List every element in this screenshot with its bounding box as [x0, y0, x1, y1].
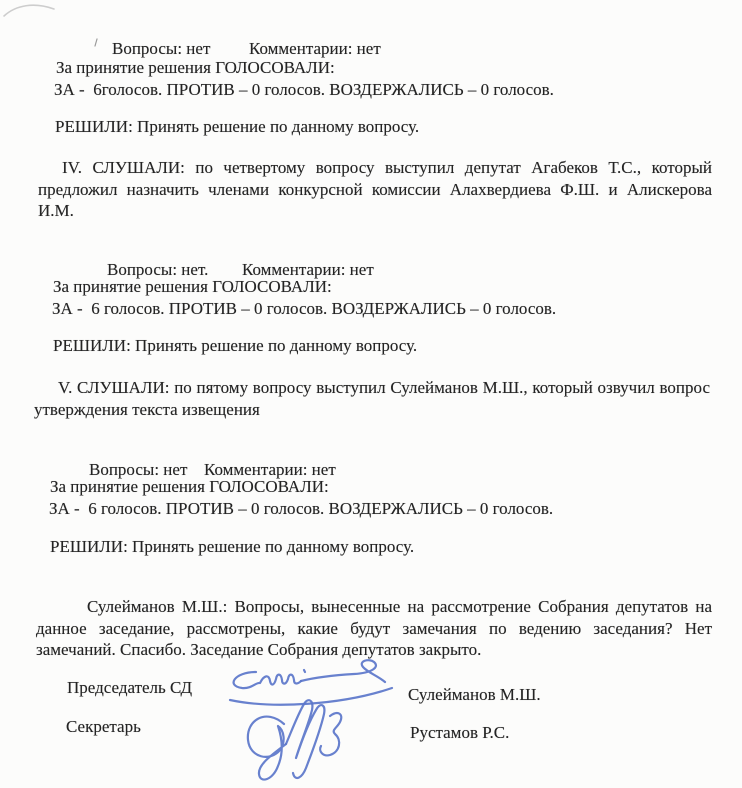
- vote-resolution-1: РЕШИЛИ: Принять решение по данному вопро…: [55, 116, 419, 138]
- vote-resolution-3: РЕШИЛИ: Принять решение по данному вопро…: [50, 536, 414, 558]
- vote-tally-2: ЗА - 6 голосов. ПРОТИВ – 0 голосов. ВОЗД…: [52, 298, 556, 320]
- closing-statement-paragraph: Сулейманов М.Ш.: Вопросы, вынесенные на …: [36, 596, 712, 661]
- vote-tally-1: ЗА - 6голосов. ПРОТИВ – 0 голосов. ВОЗДЕ…: [54, 79, 554, 101]
- vote-tally-3: ЗА - 6 голосов. ПРОТИВ – 0 голосов. ВОЗД…: [49, 498, 553, 520]
- scanned-minutes-page: Вопросы: нетКомментарии: нет За принятие…: [0, 0, 742, 788]
- vote-heading-2: За принятие решения ГОЛОСОВАЛИ:: [53, 276, 332, 298]
- questions-value: Вопросы: нет: [112, 38, 249, 60]
- secretary-signature: [238, 698, 358, 788]
- scan-artifact-pen-stroke: [2, 0, 62, 22]
- vote-heading-3: За принятие решения ГОЛОСОВАЛИ:: [50, 476, 329, 498]
- secretary-label: Секретарь: [66, 716, 141, 738]
- agenda-item-4-paragraph: IV. СЛУШАЛИ: по четвертому вопросу высту…: [38, 157, 712, 222]
- agenda-item-5-paragraph: V. СЛУШАЛИ: по пятому вопросу выступил С…: [34, 377, 710, 420]
- secretary-name: Рустамов Р.С.: [410, 722, 509, 744]
- vote-heading-1: За принятие решения ГОЛОСОВАЛИ:: [56, 57, 335, 79]
- comments-value: Комментарии: нет: [249, 39, 381, 58]
- chairman-label: Председатель СД: [67, 677, 192, 699]
- vote-resolution-2: РЕШИЛИ: Принять решение по данному вопро…: [53, 335, 417, 357]
- chairman-name: Сулейманов М.Ш.: [408, 684, 541, 706]
